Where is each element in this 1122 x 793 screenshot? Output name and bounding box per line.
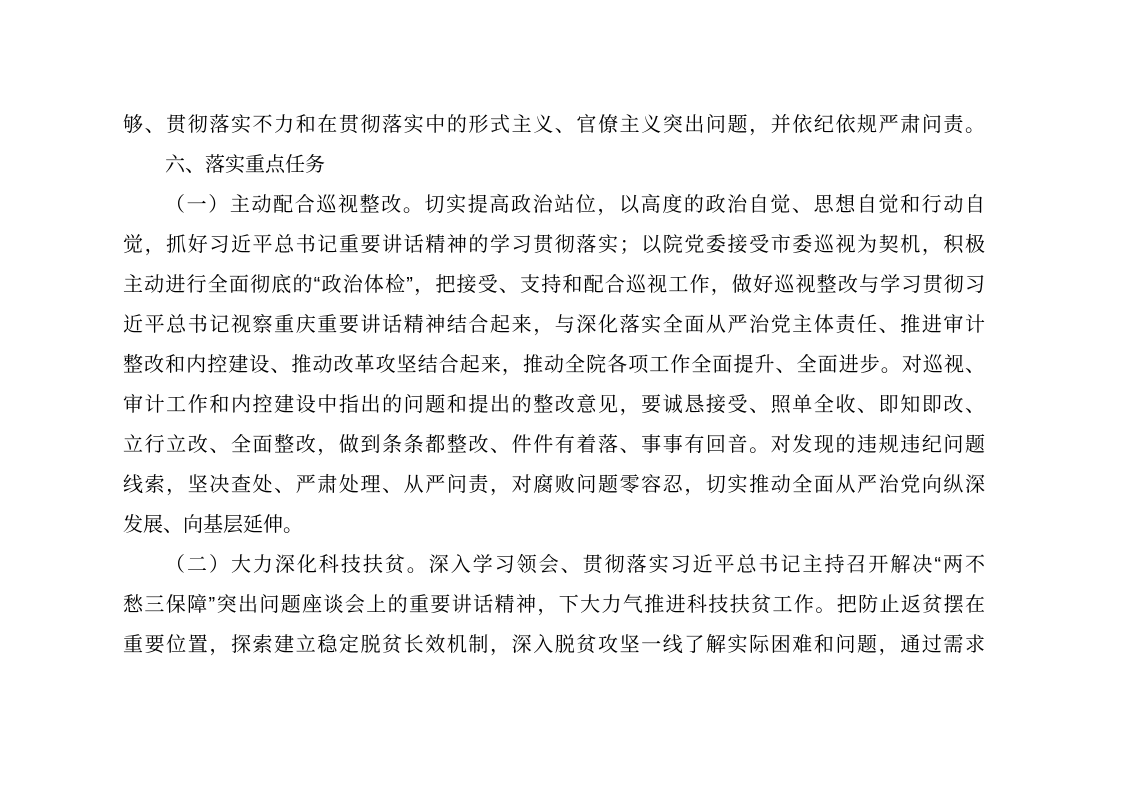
text-line: 重要位置，探索建立稳定脱贫长效机制，深入脱贫攻坚一线了解实际困难和问题，通过需求: [123, 625, 985, 665]
text-line: 整改和内控建设、推动改革攻坚结合起来，推动全院各项工作全面提升、全面进步。对巡视…: [123, 345, 985, 385]
text-line: 愁三保障”突出问题座谈会上的重要讲话精神，下大力气推进科技扶贫工作。把防止返贫摆…: [123, 585, 985, 625]
section-heading: 六、落实重点任务: [123, 145, 985, 185]
text-line: 觉，抓好习近平总书记重要讲话精神的学习贯彻落实；以院党委接受市委巡视为契机，积极: [123, 225, 985, 265]
text-line: 审计工作和内控建设中指出的问题和提出的整改意见，要诚恳接受、照单全收、即知即改、: [123, 385, 985, 425]
paragraph-start-line: （一）主动配合巡视整改。切实提高政治站位，以高度的政治自觉、思想自觉和行动自: [123, 185, 985, 225]
text-line: 主动进行全面彻底的“政治体检”，把接受、支持和配合巡视工作，做好巡视整改与学习贯…: [123, 265, 985, 305]
document-text-block: 够、贯彻落实不力和在贯彻落实中的形式主义、官僚主义突出问题，并依纪依规严肃问责。…: [123, 105, 985, 665]
paragraph-end-line: 发展、向基层延伸。: [123, 505, 985, 545]
document-page: 够、贯彻落实不力和在贯彻落实中的形式主义、官僚主义突出问题，并依纪依规严肃问责。…: [0, 0, 1122, 793]
text-line: 立行立改、全面整改，做到条条都整改、件件有着落、事事有回音。对发现的违规违纪问题: [123, 425, 985, 465]
text-line: 近平总书记视察重庆重要讲话精神结合起来，与深化落实全面从严治党主体责任、推进审计: [123, 305, 985, 345]
paragraph-start-line: （二）大力深化科技扶贫。深入学习领会、贯彻落实习近平总书记主持召开解决“两不: [123, 545, 985, 585]
text-line: 线索，坚决查处、严肃处理、从严问责，对腐败问题零容忍，切实推动全面从严治党向纵深: [123, 465, 985, 505]
text-line: 够、贯彻落实不力和在贯彻落实中的形式主义、官僚主义突出问题，并依纪依规严肃问责。: [123, 105, 985, 145]
